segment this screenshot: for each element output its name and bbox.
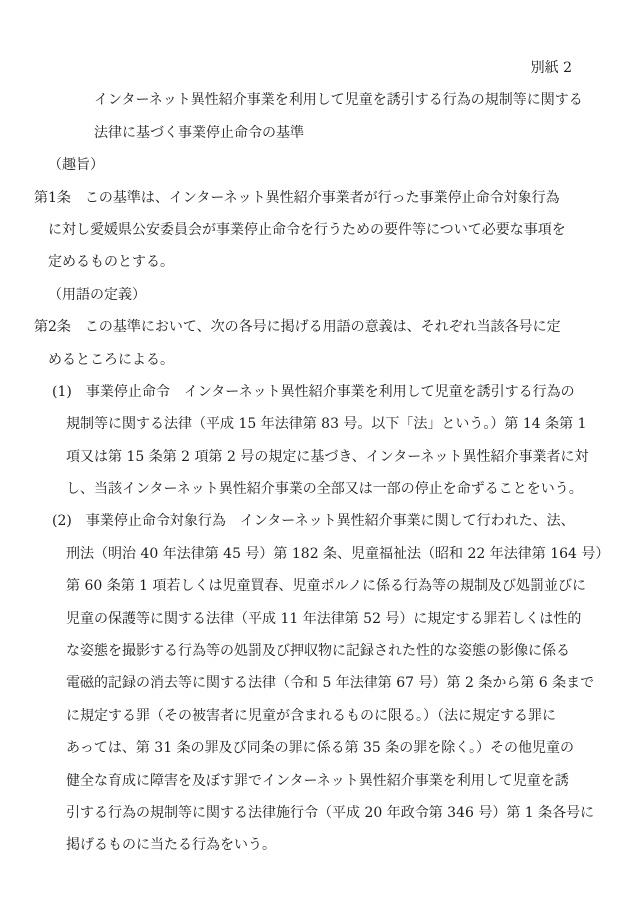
article-body-line: 定めるものとする。 <box>0 246 630 278</box>
document-body: インターネット異性紹介事業を利用して児童を誘引する行為の規制等に関する法律に基づ… <box>0 84 630 861</box>
definition-item-body-line: に規定する罪（その被害者に児童が含まれるものに限る。）（法に規定する罪に <box>0 700 630 732</box>
definition-item-body-line: 電磁的記録の消去等に関する法律（令和 5 年法律第 67 号）第 2 条から第 … <box>0 667 630 699</box>
definition-item-body-line: し、当該インターネット異性紹介事業の全部又は一部の停止を命ずることをいう。 <box>0 473 630 505</box>
article-opening-line: 第1条 この基準は、インターネット異性紹介事業者が行った事業停止命令対象行為 <box>0 182 630 214</box>
definition-item-body-line: 規制等に関する法律（平成 15 年法律第 83 号。以下「法」という。）第 14… <box>0 408 630 440</box>
document-page: 別紙 2 インターネット異性紹介事業を利用して児童を誘引する行為の規制等に関する… <box>0 0 630 903</box>
section-heading: （趣旨） <box>0 149 630 181</box>
document-title-line: 法律に基づく事業停止命令の基準 <box>0 117 630 149</box>
article-body-line: めるところによる。 <box>0 344 630 376</box>
definition-item-body-line: あっては、第 31 条の罪及び同条の罪に係る第 35 条の罪を除く。）その他児童… <box>0 732 630 764</box>
article-opening-line: 第2条 この基準において、次の各号に掲げる用語の意義は、それぞれ当該各号に定 <box>0 311 630 343</box>
attachment-label: 別紙 2 <box>0 52 630 84</box>
definition-item-body-line: 健全な育成に障害を及ぼす罪でインターネット異性紹介事業を利用して児童を誘 <box>0 765 630 797</box>
article-body-line: に対し愛媛県公安委員会が事業停止命令を行うための要件等について必要な事項を <box>0 214 630 246</box>
definition-item-line: (2) 事業停止命令対象行為 インターネット異性紹介事業に関して行われた、法、 <box>0 505 630 537</box>
definition-item-body-line: 刑法（明治 40 年法律第 45 号）第 182 条、児童福祉法（昭和 22 年… <box>0 538 630 570</box>
definition-item-body-line: 児童の保護等に関する法律（平成 11 年法律第 52 号）に規定する罪若しくは性… <box>0 603 630 635</box>
definition-item-body-line: 引する行為の規制等に関する法律施行令（平成 20 年政令第 346 号）第 1 … <box>0 797 630 829</box>
definition-item-body-line: 第 60 条第 1 項若しくは児童買春、児童ポルノに係る行為等の規制及び処罰並び… <box>0 570 630 602</box>
definition-item-body-line: 掲げるものに当たる行為をいう。 <box>0 829 630 861</box>
definition-item-body-line: な姿態を撮影する行為等の処罰及び押収物に記録された性的な姿態の影像に係る <box>0 635 630 667</box>
definition-item-body-line: 項又は第 15 条第 2 項第 2 号の規定に基づき、インターネット異性紹介事業… <box>0 441 630 473</box>
definition-item-line: (1) 事業停止命令 インターネット異性紹介事業を利用して児童を誘引する行為の <box>0 376 630 408</box>
document-title-line: インターネット異性紹介事業を利用して児童を誘引する行為の規制等に関する <box>0 84 630 116</box>
section-heading: （用語の定義） <box>0 279 630 311</box>
